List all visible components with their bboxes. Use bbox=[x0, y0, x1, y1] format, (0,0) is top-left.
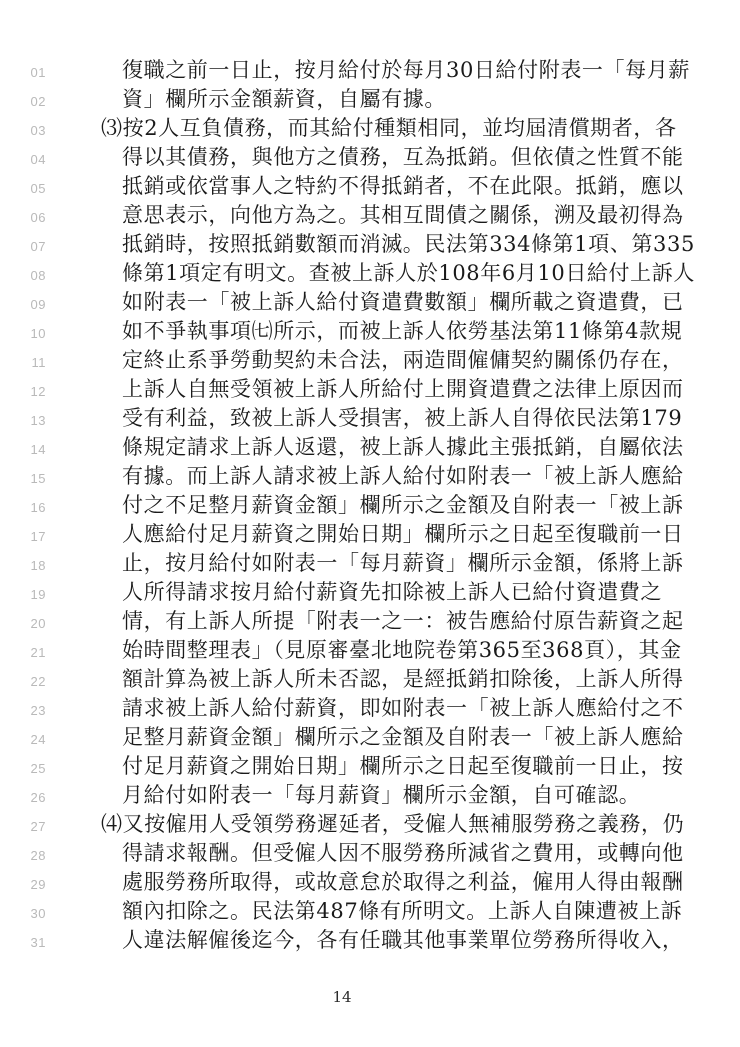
line-number: 16 bbox=[0, 493, 46, 522]
line-number: 27 bbox=[0, 812, 46, 841]
document-line: 24 足整月薪資金額」欄所示之金額及自附表一「被上訴人應給 bbox=[0, 723, 740, 752]
line-number: 01 bbox=[0, 58, 46, 87]
line-number: 05 bbox=[0, 174, 46, 203]
item-marker: ⑷ bbox=[101, 812, 123, 836]
document-line: 12 上訴人自無受領被上訴人所給付上開資遣費之法律上原因而 bbox=[0, 375, 740, 404]
line-body: 資」欄所示金額薪資，自屬有據。 bbox=[101, 85, 661, 114]
line-number: 24 bbox=[0, 725, 46, 754]
document-line: 17 人應給付足月薪資之開始日期」欄所示之日起至復職前一日 bbox=[0, 520, 740, 549]
document-line: 05 抵銷或依當事人之特約不得抵銷者，不在此限。抵銷，應以 bbox=[0, 172, 740, 201]
line-number: 22 bbox=[0, 667, 46, 696]
line-text: 處服勞務所取得，或故意怠於取得之利益，僱用人得由報酬 bbox=[122, 870, 684, 894]
document-line: 27 ⑷又按僱用人受領勞務遲延者，受僱人無補服勞務之義務，仍 bbox=[0, 810, 740, 839]
line-body: 月給付如附表一「每月薪資」欄所示金額，自可確認。 bbox=[101, 781, 661, 810]
line-text: 人違法解僱後迄今，各有任職其他事業單位勞務所得收入， bbox=[122, 928, 684, 952]
line-body: 如附表一「被上訴人給付資遣費數額」欄所載之資遣費，已 bbox=[101, 288, 661, 317]
line-body: 上訴人自無受領被上訴人所給付上開資遣費之法律上原因而 bbox=[101, 375, 661, 404]
document-line: 18 止，按月給付如附表一「每月薪資」欄所示金額，係將上訴 bbox=[0, 549, 740, 578]
line-body: 受有利益，致被上訴人受損害，被上訴人自得依民法第179 bbox=[101, 404, 661, 433]
document-line: 03 ⑶按2人互負債務，而其給付種類相同，並均屆清償期者，各 bbox=[0, 114, 740, 143]
document-line: 06 意思表示，向他方為之。其相互間債之關係，溯及最初得為 bbox=[0, 201, 740, 230]
line-text: 付足月薪資之開始日期」欄所示之日起至復職前一日止，按 bbox=[122, 754, 684, 778]
line-text: 始時間整理表」（見原審臺北地院卷第365至368頁），其金 bbox=[122, 638, 682, 662]
document-line: 26 月給付如附表一「每月薪資」欄所示金額，自可確認。 bbox=[0, 781, 740, 810]
line-number: 06 bbox=[0, 203, 46, 232]
line-body: 請求被上訴人給付薪資，即如附表一「被上訴人應給付之不 bbox=[101, 694, 661, 723]
document-line: 29 處服勞務所取得，或故意怠於取得之利益，僱用人得由報酬 bbox=[0, 868, 740, 897]
line-text: 又按僱用人受領勞務遲延者，受僱人無補服勞務之義務，仍 bbox=[123, 812, 685, 836]
line-number: 20 bbox=[0, 609, 46, 638]
line-body: 額內扣除之。民法第487條有所明文。上訴人自陳遭被上訴 bbox=[101, 897, 661, 926]
line-text: 有據。而上訴人請求被上訴人給付如附表一「被上訴人應給 bbox=[122, 464, 684, 488]
line-body: 如不爭執事項㈦所示，而被上訴人依勞基法第11條第4款規 bbox=[101, 317, 661, 346]
line-body: 定終止系爭勞動契約未合法，兩造間僱傭契約關係仍存在， bbox=[101, 346, 661, 375]
line-number: 08 bbox=[0, 261, 46, 290]
line-body: 人違法解僱後迄今，各有任職其他事業單位勞務所得收入， bbox=[101, 926, 661, 955]
line-body: 付足月薪資之開始日期」欄所示之日起至復職前一日止，按 bbox=[101, 752, 661, 781]
line-number: 19 bbox=[0, 580, 46, 609]
item-marker: ⑶ bbox=[101, 116, 123, 140]
line-text: 受有利益，致被上訴人受損害，被上訴人自得依民法第179 bbox=[122, 406, 682, 430]
line-text: 人所得請求按月給付薪資先扣除被上訴人已給付資遣費之 bbox=[122, 580, 662, 604]
line-number: 26 bbox=[0, 783, 46, 812]
line-number: 02 bbox=[0, 87, 46, 116]
line-body: 付之不足整月薪資金額」欄所示之金額及自附表一「被上訴 bbox=[101, 491, 661, 520]
page-number: 14 bbox=[0, 988, 684, 1006]
line-number: 23 bbox=[0, 696, 46, 725]
document-line: 23 請求被上訴人給付薪資，即如附表一「被上訴人應給付之不 bbox=[0, 694, 740, 723]
line-body: 有據。而上訴人請求被上訴人給付如附表一「被上訴人應給 bbox=[101, 462, 661, 491]
line-text: 月給付如附表一「每月薪資」欄所示金額，自可確認。 bbox=[122, 783, 640, 807]
line-number: 29 bbox=[0, 870, 46, 899]
document-line: 11 定終止系爭勞動契約未合法，兩造間僱傭契約關係仍存在， bbox=[0, 346, 740, 375]
line-number: 18 bbox=[0, 551, 46, 580]
line-number: 28 bbox=[0, 841, 46, 870]
line-number: 31 bbox=[0, 928, 46, 957]
document-line: 28 得請求報酬。但受僱人因不服勞務所減省之費用，或轉向他 bbox=[0, 839, 740, 868]
line-text: 條規定請求上訴人返還，被上訴人據此主張抵銷，自屬依法 bbox=[122, 435, 684, 459]
line-body: 人應給付足月薪資之開始日期」欄所示之日起至復職前一日 bbox=[101, 520, 661, 549]
document-line: 08 條第1項定有明文。查被上訴人於108年6月10日給付上訴人 bbox=[0, 259, 740, 288]
line-number: 15 bbox=[0, 464, 46, 493]
line-text: 情，有上訴人所提「附表一之一：被告應給付原告薪資之起 bbox=[122, 609, 684, 633]
line-text: 得請求報酬。但受僱人因不服勞務所減省之費用，或轉向他 bbox=[122, 841, 684, 865]
line-body: 復職之前一日止，按月給付於每月30日給付附表一「每月薪 bbox=[101, 56, 661, 85]
line-text: 資」欄所示金額薪資，自屬有據。 bbox=[122, 87, 446, 111]
line-body: 得以其債務，與他方之債務，互為抵銷。但依債之性質不能 bbox=[101, 143, 661, 172]
line-body: 始時間整理表」（見原審臺北地院卷第365至368頁），其金 bbox=[101, 636, 661, 665]
text-block: 01 復職之前一日止，按月給付於每月30日給付附表一「每月薪 02 資」欄所示金… bbox=[0, 56, 740, 955]
line-text: 如附表一「被上訴人給付資遣費數額」欄所載之資遣費，已 bbox=[122, 290, 684, 314]
document-line: 15 有據。而上訴人請求被上訴人給付如附表一「被上訴人應給 bbox=[0, 462, 740, 491]
line-number: 04 bbox=[0, 145, 46, 174]
line-number: 17 bbox=[0, 522, 46, 551]
line-number: 25 bbox=[0, 754, 46, 783]
line-text: 如不爭執事項㈦所示，而被上訴人依勞基法第11條第4款規 bbox=[122, 319, 682, 343]
line-body: 處服勞務所取得，或故意怠於取得之利益，僱用人得由報酬 bbox=[101, 868, 661, 897]
line-number: 03 bbox=[0, 116, 46, 145]
line-body: ⑶按2人互負債務，而其給付種類相同，並均屆清償期者，各 bbox=[101, 114, 661, 143]
document-line: 07 抵銷時，按照抵銷數額而消滅。民法第334條第1項、第335 bbox=[0, 230, 740, 259]
line-text: 請求被上訴人給付薪資，即如附表一「被上訴人應給付之不 bbox=[122, 696, 684, 720]
document-line: 30 額內扣除之。民法第487條有所明文。上訴人自陳遭被上訴 bbox=[0, 897, 740, 926]
line-body: 人所得請求按月給付薪資先扣除被上訴人已給付資遣費之 bbox=[101, 578, 661, 607]
line-body: 止，按月給付如附表一「每月薪資」欄所示金額，係將上訴 bbox=[101, 549, 661, 578]
document-line: 09 如附表一「被上訴人給付資遣費數額」欄所載之資遣費，已 bbox=[0, 288, 740, 317]
line-text: 止，按月給付如附表一「每月薪資」欄所示金額，係將上訴 bbox=[122, 551, 684, 575]
document-line: 25 付足月薪資之開始日期」欄所示之日起至復職前一日止，按 bbox=[0, 752, 740, 781]
line-body: ⑷又按僱用人受領勞務遲延者，受僱人無補服勞務之義務，仍 bbox=[101, 810, 661, 839]
line-text: 定終止系爭勞動契約未合法，兩造間僱傭契約關係仍存在， bbox=[122, 348, 684, 372]
document-line: 16 付之不足整月薪資金額」欄所示之金額及自附表一「被上訴 bbox=[0, 491, 740, 520]
line-text: 得以其債務，與他方之債務，互為抵銷。但依債之性質不能 bbox=[122, 145, 684, 169]
line-number: 21 bbox=[0, 638, 46, 667]
document-line: 13 受有利益，致被上訴人受損害，被上訴人自得依民法第179 bbox=[0, 404, 740, 433]
line-number: 10 bbox=[0, 319, 46, 348]
document-line: 20 情，有上訴人所提「附表一之一：被告應給付原告薪資之起 bbox=[0, 607, 740, 636]
line-text: 按2人互負債務，而其給付種類相同，並均屆清償期者，各 bbox=[123, 116, 677, 140]
document-line: 01 復職之前一日止，按月給付於每月30日給付附表一「每月薪 bbox=[0, 56, 740, 85]
line-text: 抵銷或依當事人之特約不得抵銷者，不在此限。抵銷，應以 bbox=[122, 174, 684, 198]
line-number: 14 bbox=[0, 435, 46, 464]
document-line: 19 人所得請求按月給付薪資先扣除被上訴人已給付資遣費之 bbox=[0, 578, 740, 607]
line-number: 07 bbox=[0, 232, 46, 261]
line-body: 抵銷時，按照抵銷數額而消滅。民法第334條第1項、第335 bbox=[101, 230, 661, 259]
line-text: 意思表示，向他方為之。其相互間債之關係，溯及最初得為 bbox=[122, 203, 684, 227]
line-body: 條第1項定有明文。查被上訴人於108年6月10日給付上訴人 bbox=[101, 259, 661, 288]
line-number: 30 bbox=[0, 899, 46, 928]
document-line: 04 得以其債務，與他方之債務，互為抵銷。但依債之性質不能 bbox=[0, 143, 740, 172]
line-body: 得請求報酬。但受僱人因不服勞務所減省之費用，或轉向他 bbox=[101, 839, 661, 868]
line-text: 人應給付足月薪資之開始日期」欄所示之日起至復職前一日 bbox=[122, 522, 684, 546]
line-body: 抵銷或依當事人之特約不得抵銷者，不在此限。抵銷，應以 bbox=[101, 172, 661, 201]
document-line: 31 人違法解僱後迄今，各有任職其他事業單位勞務所得收入， bbox=[0, 926, 740, 955]
document-line: 02 資」欄所示金額薪資，自屬有據。 bbox=[0, 85, 740, 114]
document-line: 10 如不爭執事項㈦所示，而被上訴人依勞基法第11條第4款規 bbox=[0, 317, 740, 346]
document-line: 14 條規定請求上訴人返還，被上訴人據此主張抵銷，自屬依法 bbox=[0, 433, 740, 462]
line-number: 11 bbox=[0, 348, 46, 377]
line-body: 條規定請求上訴人返還，被上訴人據此主張抵銷，自屬依法 bbox=[101, 433, 661, 462]
line-text: 復職之前一日止，按月給付於每月30日給付附表一「每月薪 bbox=[122, 58, 690, 82]
line-text: 條第1項定有明文。查被上訴人於108年6月10日給付上訴人 bbox=[122, 261, 695, 285]
document-page: 01 復職之前一日止，按月給付於每月30日給付附表一「每月薪 02 資」欄所示金… bbox=[0, 0, 740, 1047]
line-text: 付之不足整月薪資金額」欄所示之金額及自附表一「被上訴 bbox=[122, 493, 684, 517]
line-number: 09 bbox=[0, 290, 46, 319]
document-line: 21 始時間整理表」（見原審臺北地院卷第365至368頁），其金 bbox=[0, 636, 740, 665]
line-number: 13 bbox=[0, 406, 46, 435]
line-text: 額計算為被上訴人所未否認，是經抵銷扣除後，上訴人所得 bbox=[122, 667, 684, 691]
line-body: 足整月薪資金額」欄所示之金額及自附表一「被上訴人應給 bbox=[101, 723, 661, 752]
line-text: 上訴人自無受領被上訴人所給付上開資遣費之法律上原因而 bbox=[122, 377, 684, 401]
line-body: 情，有上訴人所提「附表一之一：被告應給付原告薪資之起 bbox=[101, 607, 661, 636]
line-text: 額內扣除之。民法第487條有所明文。上訴人自陳遭被上訴 bbox=[122, 899, 682, 923]
line-body: 意思表示，向他方為之。其相互間債之關係，溯及最初得為 bbox=[101, 201, 661, 230]
line-body: 額計算為被上訴人所未否認，是經抵銷扣除後，上訴人所得 bbox=[101, 665, 661, 694]
line-text: 足整月薪資金額」欄所示之金額及自附表一「被上訴人應給 bbox=[122, 725, 684, 749]
line-text: 抵銷時，按照抵銷數額而消滅。民法第334條第1項、第335 bbox=[122, 232, 695, 256]
line-number: 12 bbox=[0, 377, 46, 406]
document-line: 22 額計算為被上訴人所未否認，是經抵銷扣除後，上訴人所得 bbox=[0, 665, 740, 694]
